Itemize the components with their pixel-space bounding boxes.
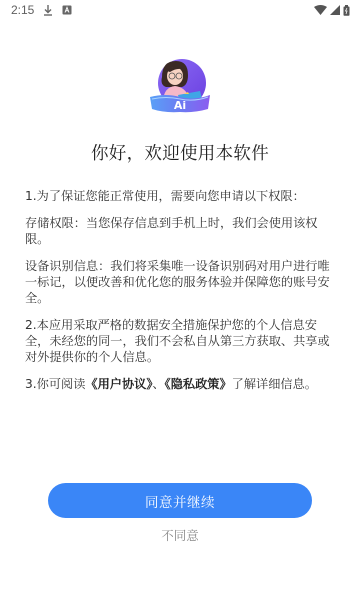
storage-permission: 存储权限：当您保存信息到手机上时，我们会使用该权限。 (25, 215, 340, 247)
policy-links-paragraph: 3.你可阅读《用户协议》、《隐私政策》了解详细信息。 (25, 376, 340, 392)
user-agreement-link[interactable]: 《用户协议》 (85, 377, 152, 391)
welcome-title: 你好，欢迎使用本软件 (0, 140, 360, 165)
wifi-icon (314, 5, 327, 15)
status-left: 2:15 (11, 3, 72, 17)
policy-separator: 、 (152, 377, 164, 391)
notification-a-icon (62, 5, 72, 15)
status-bar: 2:15 (0, 0, 360, 20)
privacy-consent-screen: 2:15 (0, 0, 360, 600)
policy-suffix: 了解详细信息。 (232, 377, 317, 391)
download-icon (43, 5, 53, 16)
device-id-permission: 设备识别信息：我们将采集唯一设备识别码对用户进行唯一标记，以便改善和优化您的服务… (25, 258, 340, 306)
permission-content: 1.为了保证您能正常使用，需要向您申请以下权限： 存储权限：当您保存信息到手机上… (25, 188, 340, 403)
disagree-button[interactable]: 不同意 (130, 526, 230, 546)
status-right (314, 5, 350, 16)
data-security-statement: 2.本应用采取严格的数据安全措施保护您的个人信息安全，未经您的同一，我们不会私自… (25, 317, 340, 365)
permission-intro: 1.为了保证您能正常使用，需要向您申请以下权限： (25, 188, 340, 204)
policy-prefix: 3.你可阅读 (25, 377, 85, 391)
agree-continue-button[interactable]: 同意并继续 (48, 483, 312, 518)
signal-icon (330, 5, 340, 15)
ai-assistant-avatar-icon: Ai (148, 57, 212, 113)
status-time: 2:15 (11, 3, 34, 17)
svg-text:Ai: Ai (174, 99, 186, 112)
app-logo: Ai (148, 57, 212, 113)
privacy-policy-link[interactable]: 《隐私政策》 (165, 377, 232, 391)
battery-icon (343, 5, 350, 16)
